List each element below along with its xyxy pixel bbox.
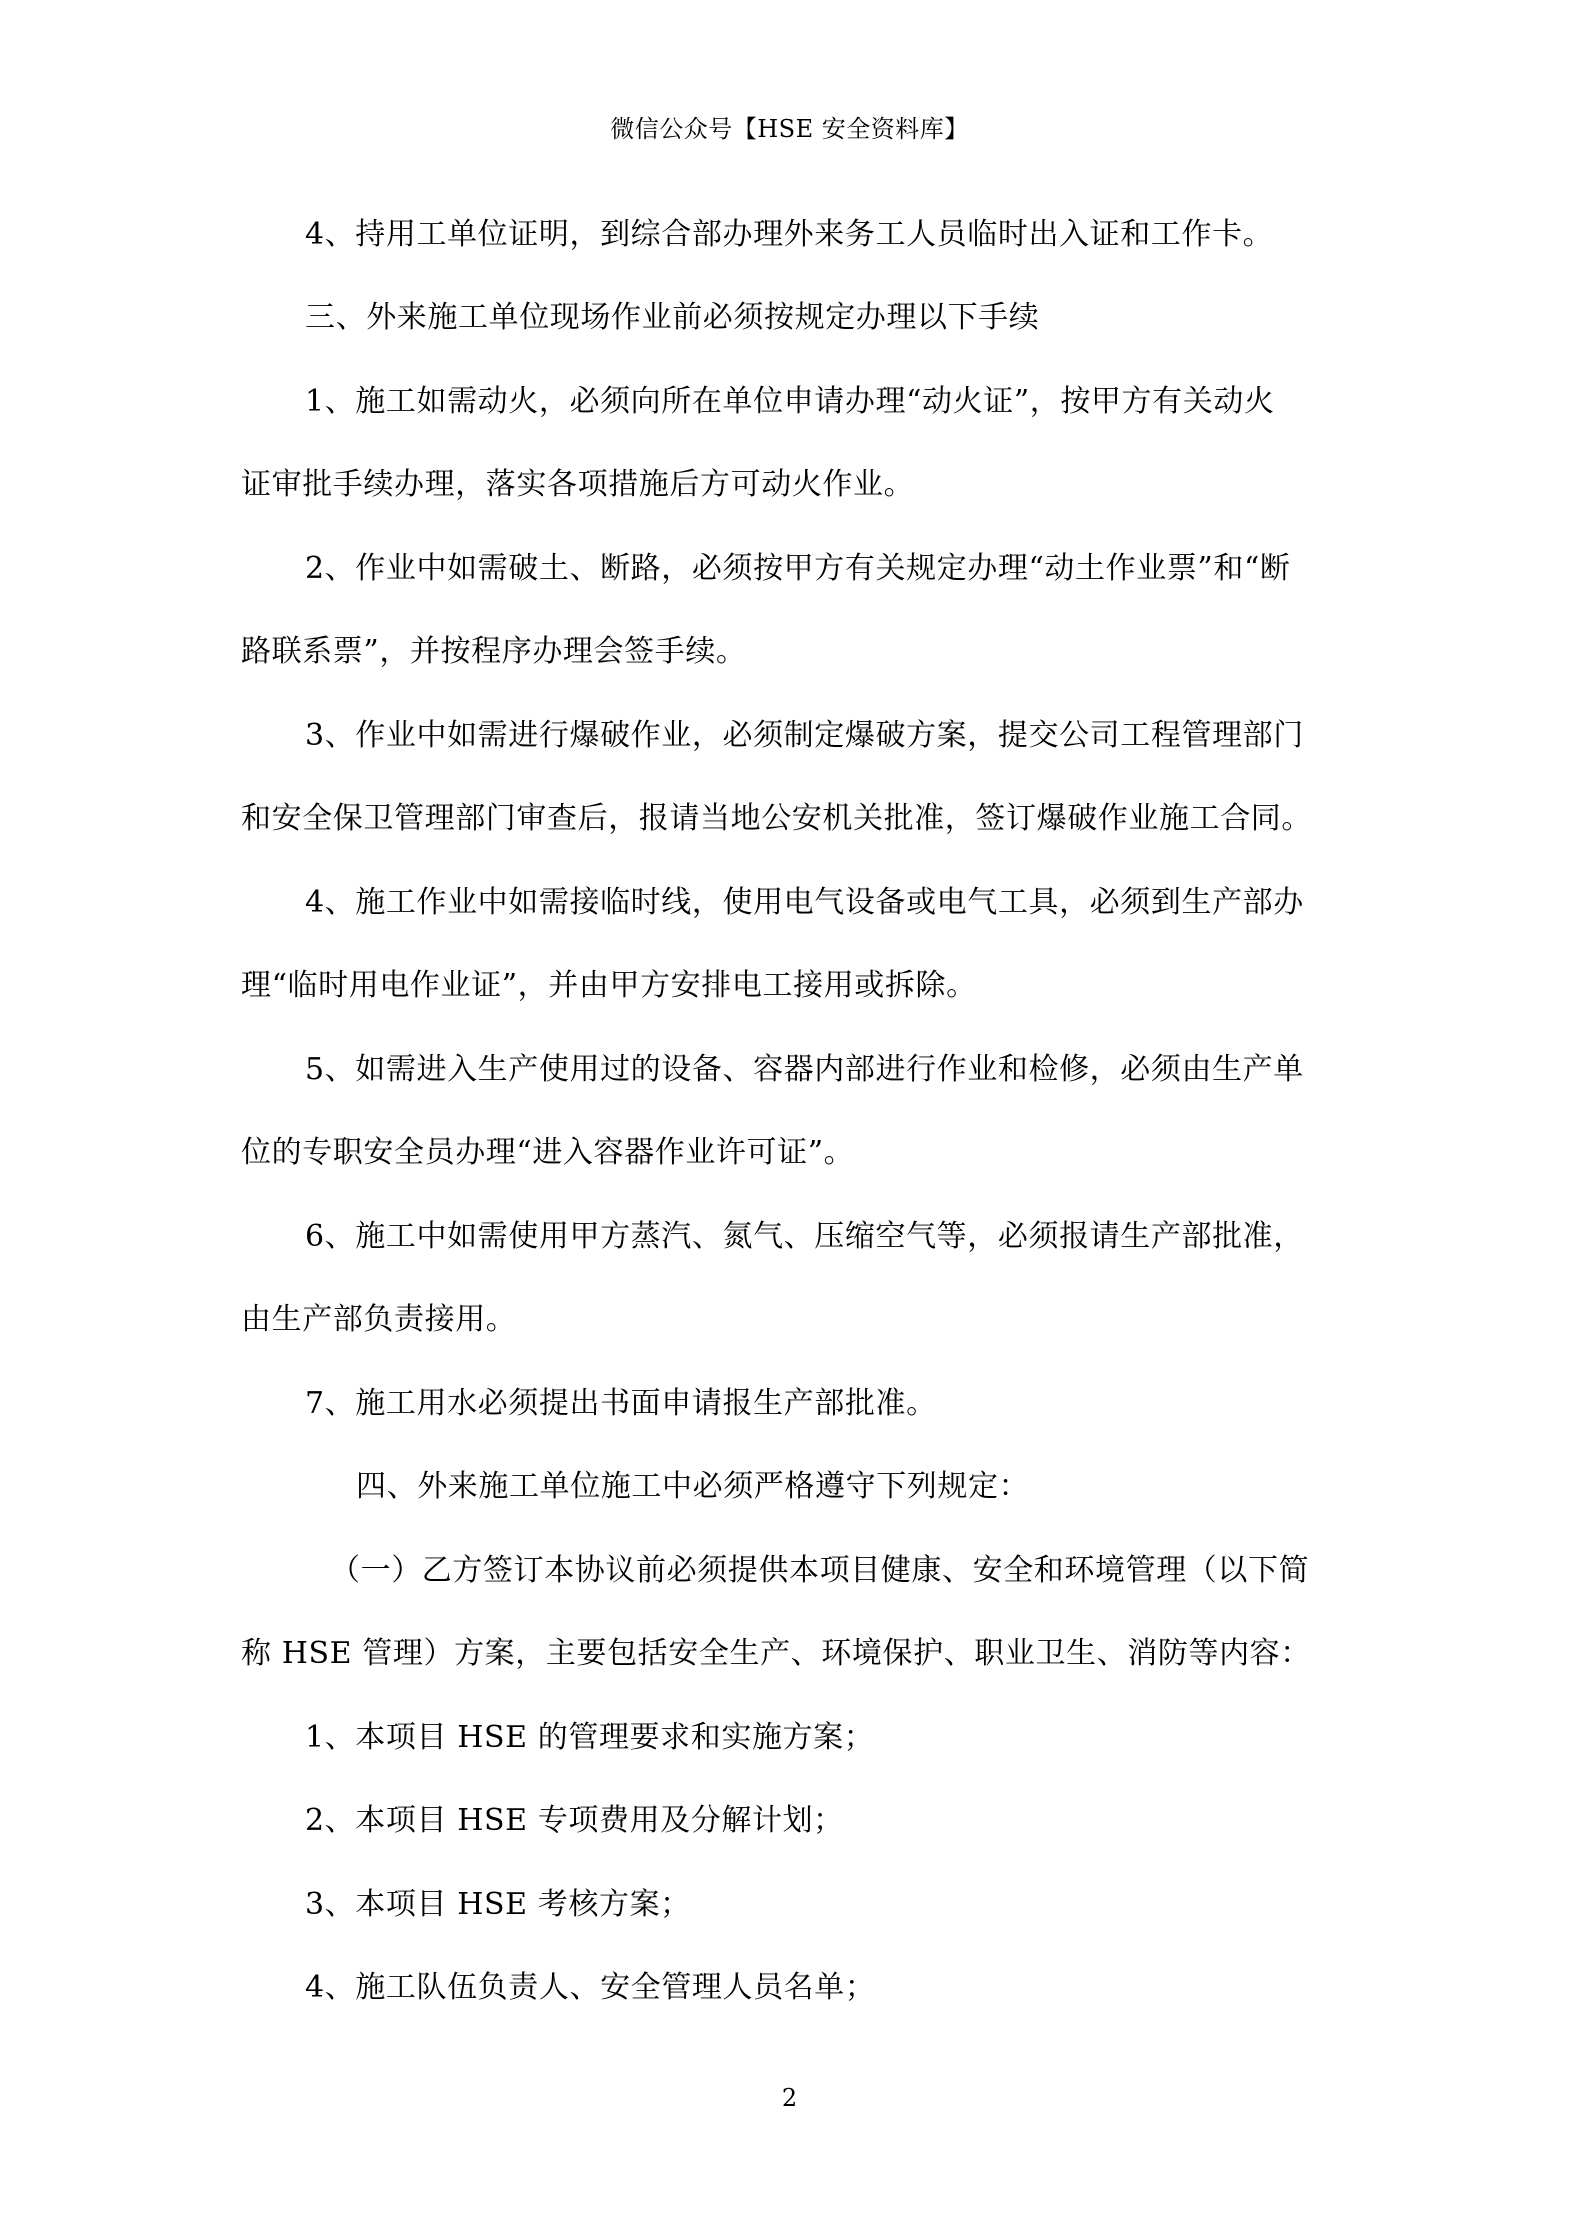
paragraph-line: 4、施工作业中如需接临时线，使用电气设备或电气工具，必须到生产部办 (305, 883, 1304, 923)
paragraph-line: 7、施工用水必须提出书面申请报生产部批准。 (305, 1384, 937, 1424)
paragraph-line: 由生产部负责接用。 (241, 1300, 516, 1340)
paragraph-line: 1、施工如需动火，必须向所在单位申请办理“动火证”，按甲方有关动火 (305, 382, 1275, 422)
paragraph-line: 三、外来施工单位现场作业前必须按规定办理以下手续 (305, 298, 1039, 338)
paragraph-line: 证审批手续办理，落实各项措施后方可动火作业。 (241, 465, 914, 505)
paragraph-line: 称 HSE 管理）方案，主要包括安全生产、环境保护、职业卫生、消防等内容： (241, 1634, 1311, 1674)
paragraph-line: 2、作业中如需破土、断路，必须按甲方有关规定办理“动土作业票”和“断 (305, 549, 1291, 589)
page-number: 2 (0, 2083, 1579, 2113)
paragraph-line: 理“临时用电作业证”，并由甲方安排电工接用或拆除。 (241, 966, 977, 1006)
paragraph-line: 2、本项目 HSE 专项费用及分解计划； (305, 1801, 844, 1841)
paragraph-line: 四、外来施工单位施工中必须严格遵守下列规定： (356, 1467, 1029, 1507)
paragraph-line: 5、如需进入生产使用过的设备、容器内部进行作业和检修，必须由生产单 (305, 1050, 1304, 1090)
paragraph-line: 和安全保卫管理部门审查后，报请当地公安机关批准，签订爆破作业施工合同。 (241, 799, 1312, 839)
paragraph-line: 3、本项目 HSE 考核方案； (305, 1885, 691, 1925)
paragraph-line: 4、施工队伍负责人、安全管理人员名单； (305, 1968, 876, 2008)
paragraph-line: 6、施工中如需使用甲方蒸汽、氮气、压缩空气等，必须报请生产部批准， (305, 1217, 1304, 1257)
paragraph-line: 路联系票”，并按程序办理会签手续。 (241, 632, 747, 672)
paragraph-line: 3、作业中如需进行爆破作业，必须制定爆破方案，提交公司工程管理部门 (305, 716, 1304, 756)
paragraph-line: 位的专职安全员办理“进入容器作业许可证”。 (241, 1133, 854, 1173)
paragraph-line: 1、本项目 HSE 的管理要求和实施方案； (305, 1718, 874, 1758)
paragraph-line: （一）乙方签订本协议前必须提供本项目健康、安全和环境管理（以下简 (330, 1551, 1309, 1591)
paragraph-line: 4、持用工单位证明，到综合部办理外来务工人员临时出入证和工作卡。 (305, 215, 1273, 255)
page-header: 微信公众号【HSE 安全资料库】 (0, 112, 1579, 146)
